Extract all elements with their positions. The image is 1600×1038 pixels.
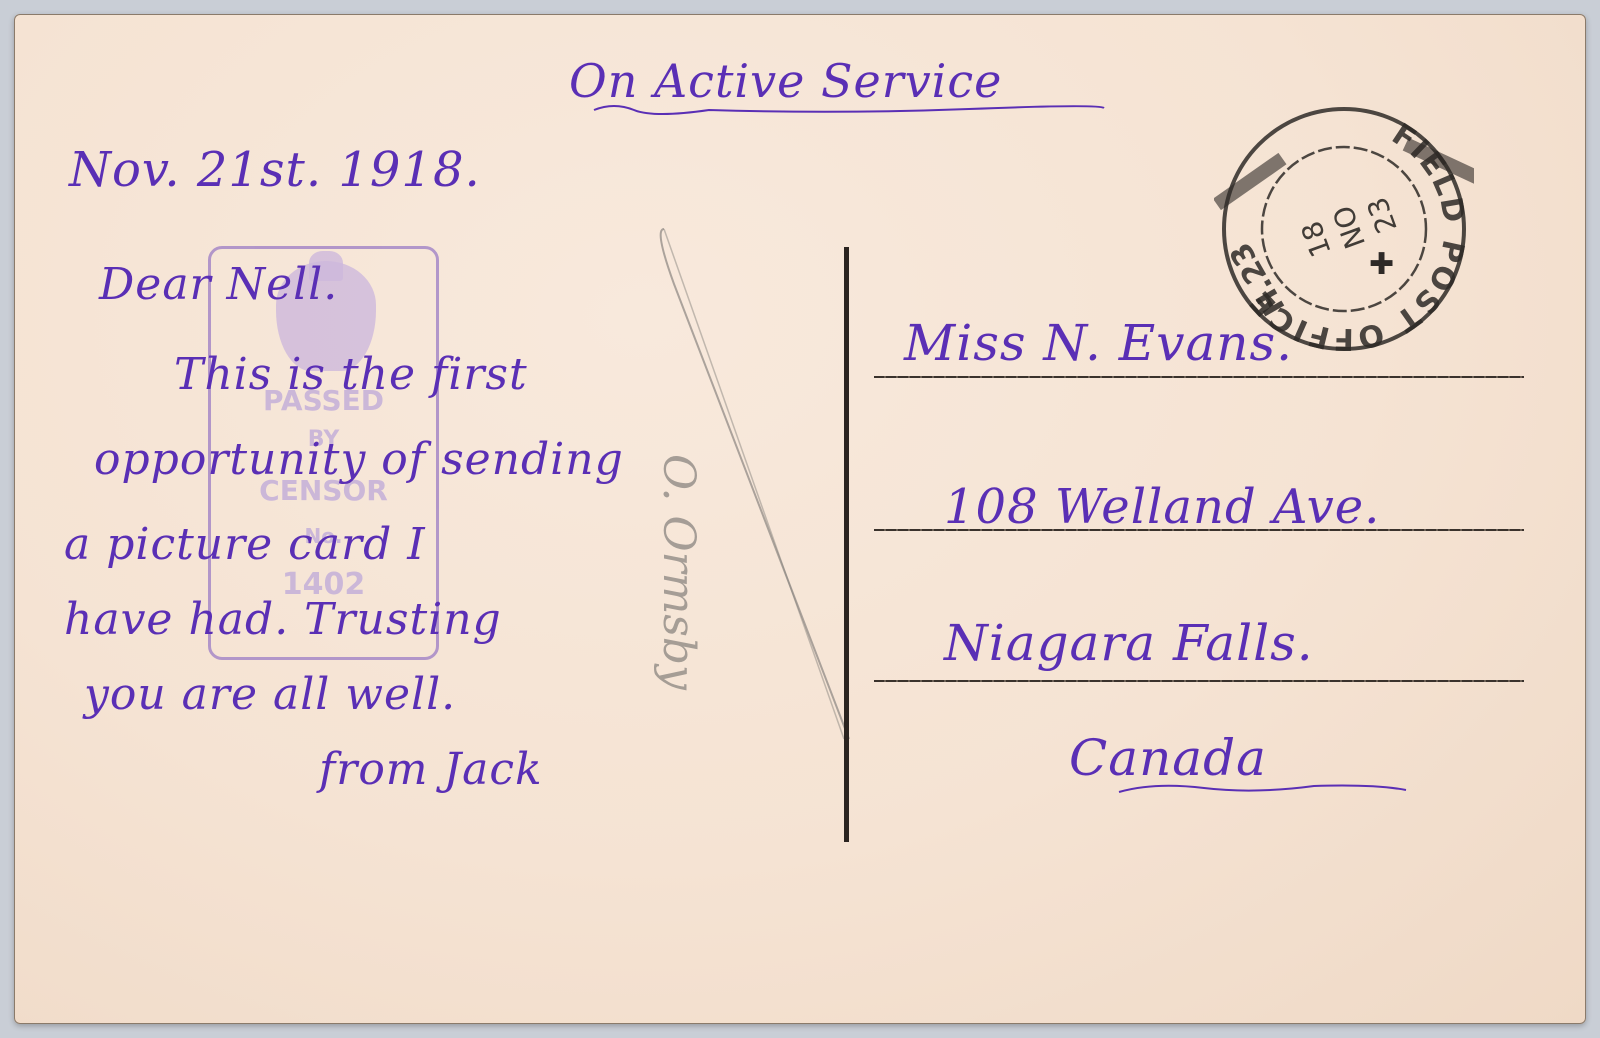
pencil-annotation: O. Ormsby: [653, 454, 704, 690]
address-rule-1: [874, 376, 1524, 378]
address-street: 108 Welland Ave.: [944, 479, 1380, 535]
address-rule-3: [874, 680, 1524, 682]
card-divider: [844, 247, 849, 842]
address-rule-2: [874, 529, 1524, 531]
message-line-2: opportunity of sending: [94, 434, 624, 485]
heading-underline: [589, 100, 1109, 120]
country-underline: [1114, 774, 1414, 804]
message-signature: from Jack: [319, 744, 543, 795]
message-line-3: a picture card I: [64, 519, 426, 570]
address-name: Miss N. Evans.: [904, 314, 1293, 372]
message-date: Nov. 21st. 1918.: [69, 142, 481, 198]
address-city: Niagara Falls.: [944, 614, 1314, 672]
message-line-4: have had. Trusting: [64, 594, 502, 645]
message-line-1: This is the first: [174, 349, 528, 400]
message-salutation: Dear Nell.: [99, 259, 338, 310]
cross-icon: ✚: [1369, 247, 1394, 282]
message-line-5: you are all well.: [84, 669, 456, 720]
postcard: On Active Service Nov. 21st. 1918. PASSE…: [14, 14, 1586, 1024]
